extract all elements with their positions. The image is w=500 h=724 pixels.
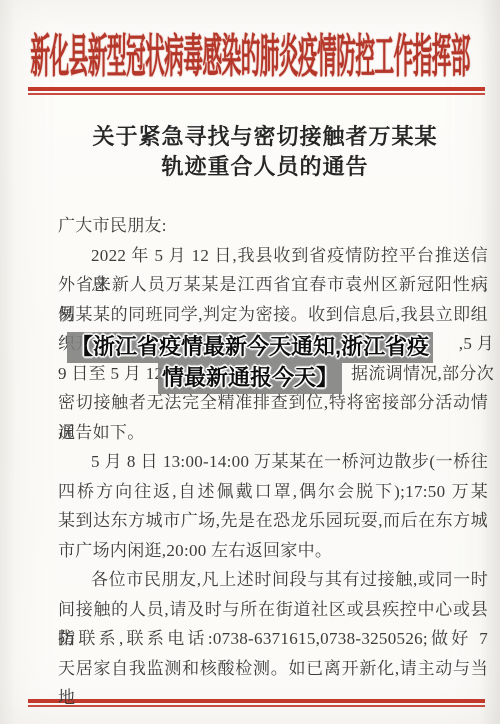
watermark-row: 情最新通报今天】 — [63, 363, 437, 394]
notice-title-line2: 轨迹重合人员的通告 — [75, 152, 455, 182]
header-divider-rule — [28, 87, 485, 95]
body-line: 外省来新人员万某某是江西省宜春市袁州区新冠阳性病例 — [58, 270, 488, 300]
body-line: 5 月 8 日 13:00-14:00 万某某在一桥河边散步(一桥往 — [58, 447, 488, 477]
notice-title: 关于紧急寻找与密切接触者万某某 轨迹重合人员的通告 — [75, 122, 455, 182]
body-line: 市广场内闲逛,20:00 左右返回家中。 — [58, 536, 488, 566]
body-line: 各位市民朋友,凡上述时间段与其有过接触,或同一时 — [58, 565, 488, 595]
agency-header-text: 新化县新型冠状病毒感染的肺炎疫情防控工作指挥部 — [30, 19, 470, 86]
body-line: 四桥方向往返,自述佩戴口罩,偶尔会脱下);17:50 万某 — [58, 477, 488, 507]
body-line: 通告如下。 — [58, 418, 488, 448]
watermark-line1: 【浙江省疫情最新今天通知,浙江省疫 — [67, 332, 433, 363]
notice-title-line1: 关于紧急寻找与密切接触者万某某 — [75, 122, 455, 152]
body-line: 广大市民朋友: — [58, 211, 488, 241]
body-line: 天居家自我监测和核酸检测。如已离开新化,请主动与当地 — [58, 654, 488, 684]
watermark-line2: 情最新通报今天】 — [158, 363, 342, 394]
body-line: 指联系,联系电话:0738-6371615,0738-3250526;做好 7 — [58, 624, 488, 654]
rule-thick-line — [28, 87, 485, 91]
notice-body: 广大市民朋友:2022 年 5 月 12 日,我县收到省疫情防控平台推送信息,外… — [58, 211, 488, 683]
body-line: 2022 年 5 月 12 日,我县收到省疫情防控平台推送信息, — [58, 241, 488, 271]
body-line-fragment: ,5 月 — [459, 329, 494, 359]
watermark-overlay: 【浙江省疫情最新今天通知,浙江省疫 情最新通报今天】 — [63, 332, 437, 394]
watermark-row: 【浙江省疫情最新今天通知,浙江省疫 — [63, 332, 437, 363]
body-line: 某到达东方城市广场,先是在恐龙乐园玩耍,而后在东方城 — [58, 506, 488, 536]
body-line: 易某某的同班同学,判定为密接。收到信息后,我县立即组 — [58, 300, 488, 330]
rule-thin-line — [28, 705, 485, 707]
document-photo: 新化县新型冠状病毒感染的肺炎疫情防控工作指挥部 关于紧急寻找与密切接触者万某某 … — [0, 0, 500, 724]
rule-thin-line — [28, 93, 485, 95]
agency-header: 新化县新型冠状病毒感染的肺炎疫情防控工作指挥部 — [0, 22, 500, 82]
body-line: 间接触的人员,请及时与所在街道社区或县疾控中心或县防 — [58, 595, 488, 625]
rule-thick-line — [28, 699, 485, 703]
footer-divider-rule — [28, 699, 485, 707]
